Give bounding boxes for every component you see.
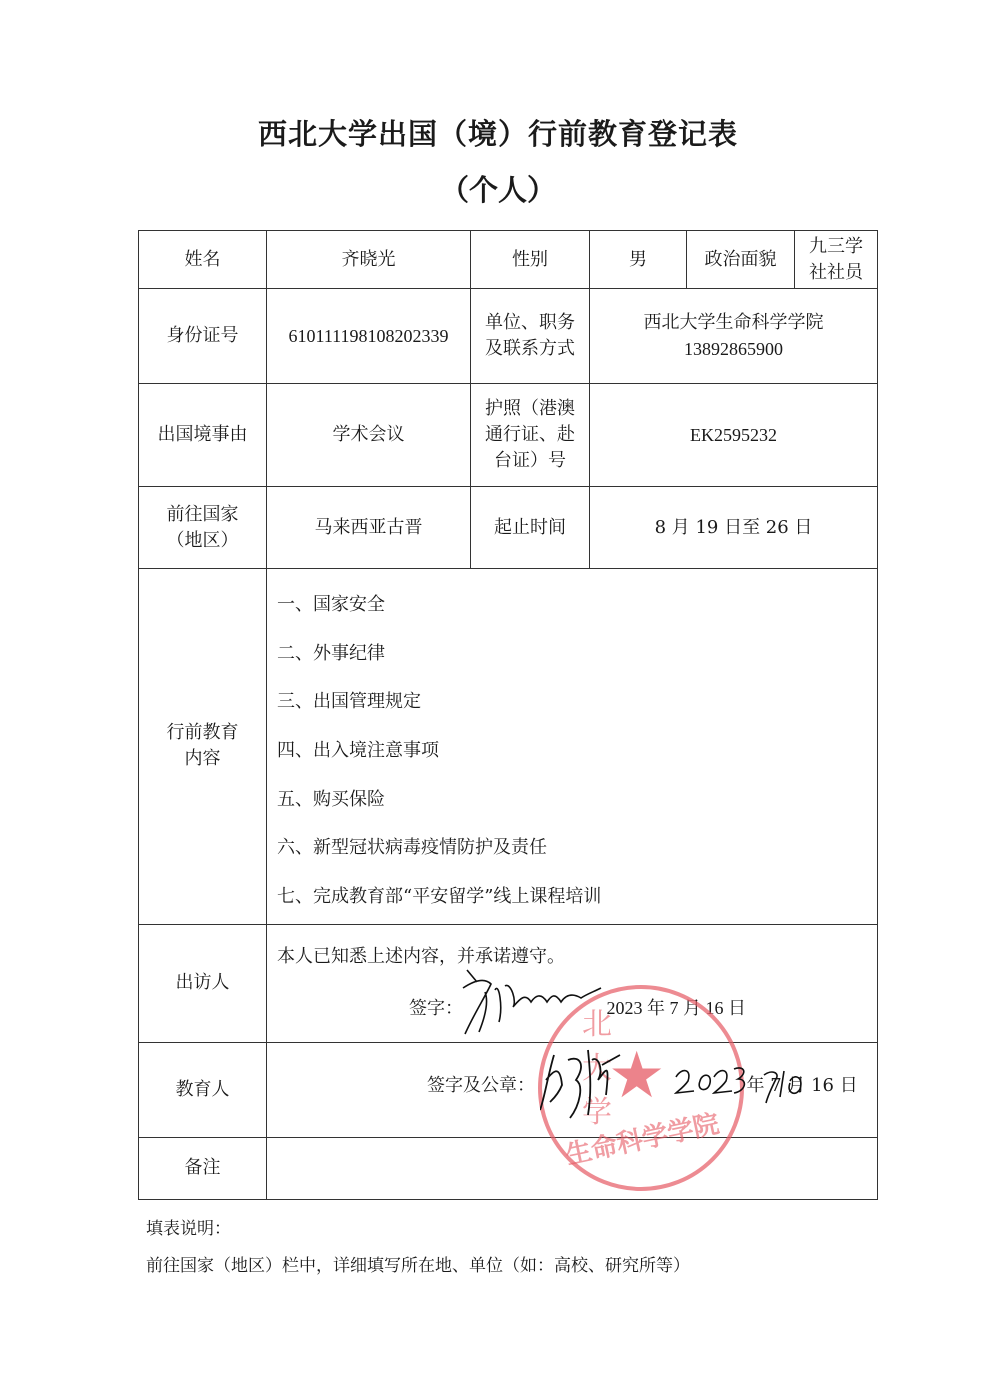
visitor-cell: 本人已知悉上述内容，并承诺遵守。 签字： 2023 年 7 月 16 日 (267, 924, 878, 1042)
political-label: 政治面貌 (687, 231, 795, 289)
reason-label: 出国境事由 (139, 384, 267, 487)
visitor-sign-line: 签字： 2023 年 7 月 16 日 (409, 995, 746, 1022)
table-row-basic-info: 姓名 齐晓光 性别 男 政治面貌 九三学社社员 (139, 231, 878, 289)
education-label-cell: 行前教育 内容 (139, 569, 267, 925)
table-row-visitor: 出访人 本人已知悉上述内容，并承诺遵守。 签字： 2023 年 7 月 16 日 (139, 924, 878, 1042)
name-value: 齐晓光 (267, 231, 471, 289)
educator-sign-date: 年 7 月 16 日 (746, 1075, 857, 1096)
reason-value: 学术会议 (267, 384, 471, 487)
unit-value-cell: 西北大学生命科学学院 13892865900 (590, 289, 878, 384)
table-row-id-unit: 身份证号 610111198108202339 单位、职务及联系方式 西北大学生… (139, 289, 878, 384)
period-value: 8 月 19 日至 26 日 (590, 487, 878, 569)
political-value: 九三学社社员 (795, 231, 878, 289)
education-item: 二、外事纪律 (277, 632, 877, 681)
educator-cell: 签字及公章： 年 7 月 16 日 (267, 1042, 878, 1137)
visitor-label: 出访人 (139, 924, 267, 1042)
education-items: 一、国家安全 二、外事纪律 三、出国管理规定 四、出入境注意事项 五、购买保险 … (267, 569, 878, 925)
form-subtitle: （个人） (0, 168, 996, 209)
education-item: 五、购买保险 (277, 778, 877, 827)
notes-line1: 前往国家（地区）栏中，详细填写所在地、单位（如：高校、研究所等） (146, 1251, 690, 1276)
unit-value: 西北大学生命科学学院 (594, 310, 873, 336)
table-row-country-period: 前往国家 （地区） 马来西亚古晋 起止时间 8 月 19 日至 26 日 (139, 487, 878, 569)
visitor-sign-label: 签字： (409, 998, 463, 1019)
country-label-line2: （地区） (143, 528, 262, 554)
table-row-reason-passport: 出国境事由 学术会议 护照（港澳通行证、赴台证）号 EK2595232 (139, 384, 878, 487)
gender-value: 男 (590, 231, 687, 289)
visitor-sign-date: 2023 年 7 月 16 日 (606, 998, 746, 1018)
education-item: 七、完成教育部“平安留学”线上课程培训 (277, 875, 877, 924)
educator-label: 教育人 (139, 1042, 267, 1137)
education-item: 四、出入境注意事项 (277, 729, 877, 778)
education-label-line1: 行前教育 (143, 720, 262, 746)
table-row-remarks: 备注 (139, 1137, 878, 1199)
country-label-line1: 前往国家 (143, 502, 262, 528)
id-value: 610111198108202339 (267, 289, 471, 384)
pledge-text: 本人已知悉上述内容，并承诺遵守。 (277, 939, 877, 975)
phone-value: 13892865900 (594, 336, 873, 362)
registration-table: 姓名 齐晓光 性别 男 政治面貌 九三学社社员 身份证号 61011119810… (138, 230, 878, 1200)
name-label: 姓名 (139, 231, 267, 289)
education-label-line2: 内容 (143, 746, 262, 772)
country-label-cell: 前往国家 （地区） (139, 487, 267, 569)
educator-sign-line: 签字及公章： 年 7 月 16 日 (427, 1073, 858, 1099)
gender-label: 性别 (471, 231, 590, 289)
education-item: 一、国家安全 (277, 583, 877, 632)
remarks-value (267, 1137, 878, 1199)
unit-label: 单位、职务及联系方式 (471, 289, 590, 384)
education-item: 六、新型冠状病毒疫情防护及责任 (277, 826, 877, 875)
table-row-education: 行前教育 内容 一、国家安全 二、外事纪律 三、出国管理规定 四、出入境注意事项… (139, 569, 878, 925)
passport-value: EK2595232 (590, 384, 878, 487)
country-value: 马来西亚古晋 (267, 487, 471, 569)
education-item: 三、出国管理规定 (277, 680, 877, 729)
passport-label: 护照（港澳通行证、赴台证）号 (471, 384, 590, 487)
form-title: 西北大学出国（境）行前教育登记表 (0, 112, 996, 153)
notes-heading: 填表说明： (146, 1214, 231, 1239)
educator-sign-label: 签字及公章： (427, 1075, 535, 1096)
table-row-educator: 教育人 签字及公章： 年 7 月 16 日 (139, 1042, 878, 1137)
id-label: 身份证号 (139, 289, 267, 384)
period-label: 起止时间 (471, 487, 590, 569)
remarks-label: 备注 (139, 1137, 267, 1199)
